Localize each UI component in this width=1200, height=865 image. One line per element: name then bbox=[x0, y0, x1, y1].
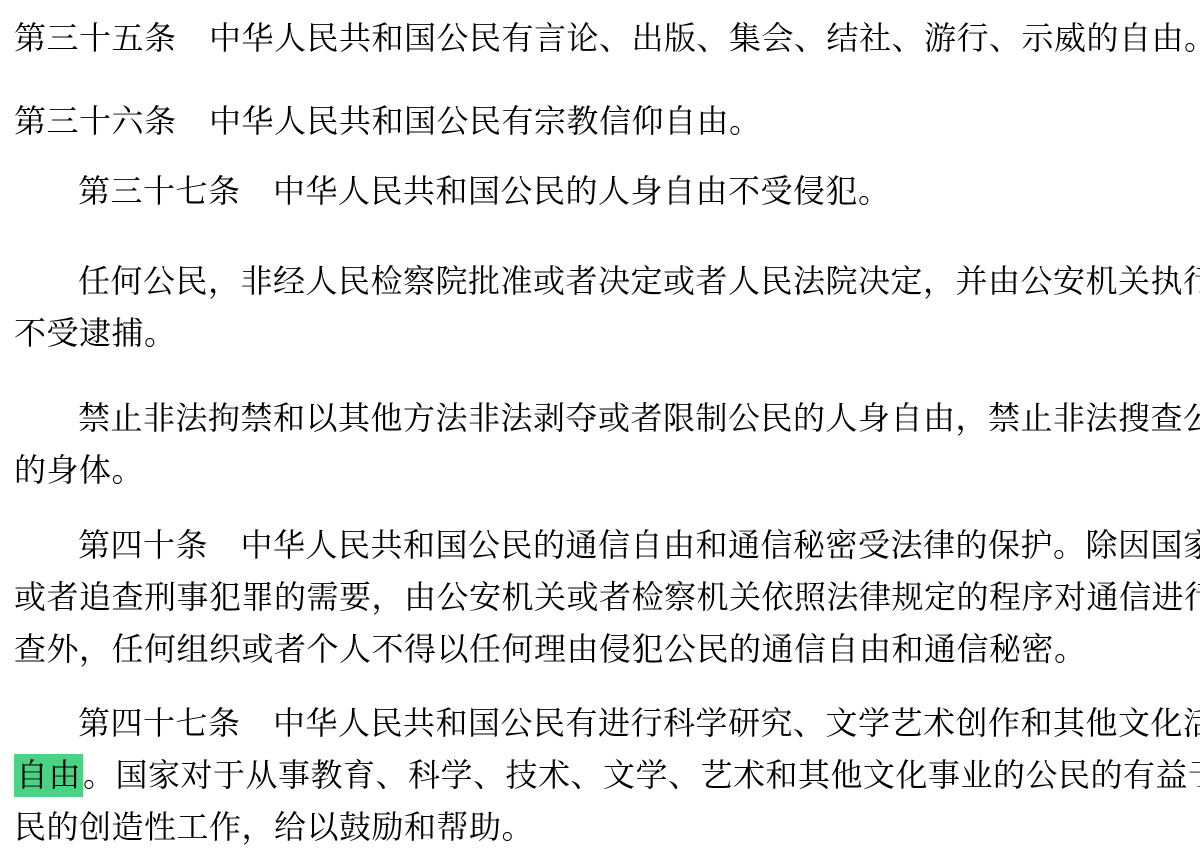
article-47: 第四十七条 中华人民共和国公民有进行科学研究、文学艺术创作和其他文化活动的自由。… bbox=[14, 697, 1194, 853]
article-35: 第三十五条 中华人民共和国公民有言论、出版、集会、结社、游行、示威的自由。 bbox=[14, 12, 1194, 64]
text-line: 第四十条 中华人民共和国公民的通信自由和通信秘密受法律的保护。除因国家安全 bbox=[14, 519, 1194, 571]
text-segment: 任何公民，非经人民检察院批准或者决定或者人民法院决定，并由公安机关执行， bbox=[78, 263, 1200, 299]
text-line: 不受逮捕。 bbox=[14, 307, 1194, 359]
text-line: 禁止非法拘禁和以其他方法非法剥夺或者限制公民的人身自由，禁止非法搜查公民 bbox=[14, 392, 1194, 444]
article-37-clause-1: 第三十七条 中华人民共和国公民的人身自由不受侵犯。 bbox=[14, 165, 1194, 217]
text-segment: 第三十六条 中华人民共和国公民有宗教信仰自由。 bbox=[14, 103, 762, 139]
text-line: 第三十六条 中华人民共和国公民有宗教信仰自由。 bbox=[14, 95, 1194, 147]
text-line: 民的创造性工作，给以鼓励和帮助。 bbox=[14, 801, 1194, 853]
text-segment: 。国家对于从事教育、科学、技术、文学、艺术和其他文化事业的公民的有益于人 bbox=[83, 757, 1200, 793]
article-36: 第三十六条 中华人民共和国公民有宗教信仰自由。 bbox=[14, 95, 1194, 147]
text-segment: 民的创造性工作，给以鼓励和帮助。 bbox=[14, 809, 534, 845]
text-segment: 或者追查刑事犯罪的需要，由公安机关或者检察机关依照法律规定的程序对通信进行检 bbox=[14, 579, 1200, 615]
text-line: 查外，任何组织或者个人不得以任何理由侵犯公民的通信自由和通信秘密。 bbox=[14, 623, 1194, 675]
article-40: 第四十条 中华人民共和国公民的通信自由和通信秘密受法律的保护。除因国家安全或者追… bbox=[14, 519, 1194, 675]
text-segment: 禁止非法拘禁和以其他方法非法剥夺或者限制公民的人身自由，禁止非法搜查公民 bbox=[78, 400, 1200, 436]
text-segment: 第四十七条 中华人民共和国公民有进行科学研究、文学艺术创作和其他文化活动的 bbox=[78, 705, 1200, 741]
text-segment: 第三十五条 中华人民共和国公民有言论、出版、集会、结社、游行、示威的自由。 bbox=[14, 20, 1200, 56]
text-segment: 的身体。 bbox=[14, 452, 144, 488]
text-segment: 不受逮捕。 bbox=[14, 315, 177, 351]
text-segment: 查外，任何组织或者个人不得以任何理由侵犯公民的通信自由和通信秘密。 bbox=[14, 631, 1087, 667]
document-page: 第三十五条 中华人民共和国公民有言论、出版、集会、结社、游行、示威的自由。第三十… bbox=[0, 0, 1200, 865]
text-line: 第三十五条 中华人民共和国公民有言论、出版、集会、结社、游行、示威的自由。 bbox=[14, 12, 1194, 64]
article-37-clause-3: 禁止非法拘禁和以其他方法非法剥夺或者限制公民的人身自由，禁止非法搜查公民的身体。 bbox=[14, 392, 1194, 496]
text-line: 第三十七条 中华人民共和国公民的人身自由不受侵犯。 bbox=[14, 165, 1194, 217]
text-segment: 第四十条 中华人民共和国公民的通信自由和通信秘密受法律的保护。除因国家安全 bbox=[78, 527, 1200, 563]
text-line: 或者追查刑事犯罪的需要，由公安机关或者检察机关依照法律规定的程序对通信进行检 bbox=[14, 571, 1194, 623]
text-line: 第四十七条 中华人民共和国公民有进行科学研究、文学艺术创作和其他文化活动的 bbox=[14, 697, 1194, 749]
article-37-clause-2: 任何公民，非经人民检察院批准或者决定或者人民法院决定，并由公安机关执行，不受逮捕… bbox=[14, 255, 1194, 359]
text-line: 自由。国家对于从事教育、科学、技术、文学、艺术和其他文化事业的公民的有益于人 bbox=[14, 749, 1194, 801]
text-line: 任何公民，非经人民检察院批准或者决定或者人民法院决定，并由公安机关执行， bbox=[14, 255, 1194, 307]
text-line: 的身体。 bbox=[14, 444, 1194, 496]
highlighted-term: 自由 bbox=[14, 754, 83, 797]
text-segment: 第三十七条 中华人民共和国公民的人身自由不受侵犯。 bbox=[78, 173, 891, 209]
